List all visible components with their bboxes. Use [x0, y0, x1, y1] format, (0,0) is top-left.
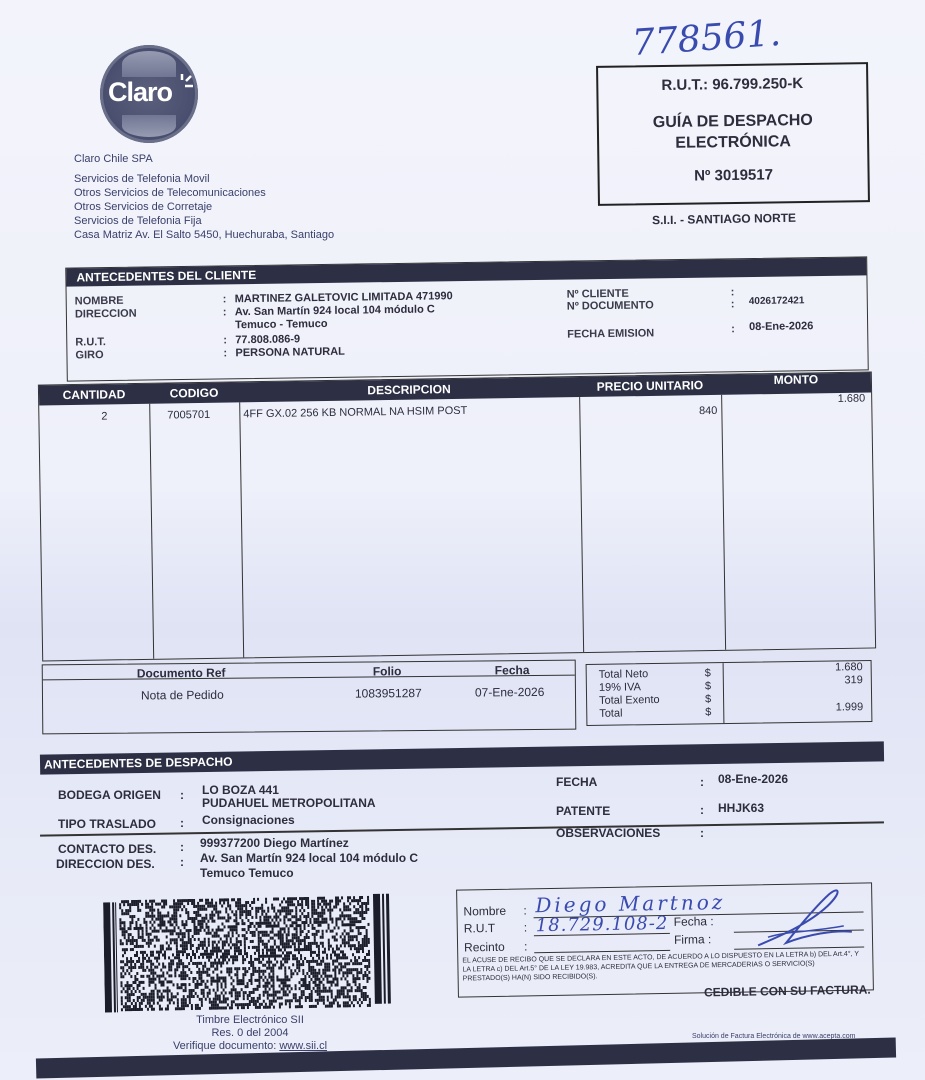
separator: :: [731, 323, 735, 335]
column-divider: [239, 402, 244, 657]
n-documento-label: Nº DOCUMENTO: [567, 299, 654, 312]
patente: HHJK63: [718, 801, 764, 815]
separator: :: [524, 920, 528, 934]
row-codigo: 7005701: [167, 409, 210, 422]
timbre-electronico: Timbre Electrónico SII Res. 0 del 2004 V…: [160, 1014, 340, 1053]
n-cliente-label: Nº CLIENTE: [567, 288, 629, 301]
claro-logo: Claro: [100, 45, 198, 143]
separator: :: [180, 788, 184, 802]
client-section: ANTECEDENTES DEL CLIENTE NOMBRE DIRECCIO…: [65, 256, 869, 381]
total-label: Total: [599, 707, 622, 719]
separator: :: [180, 816, 184, 830]
service-line: Servicios de Telefonia Fija: [74, 214, 334, 228]
totals-divider: [723, 663, 725, 723]
cedible-label: CEDIBLE CON SU FACTURA.: [704, 983, 871, 1000]
separator: :: [223, 347, 227, 359]
iva-value: 319: [844, 674, 863, 686]
logo-wordmark: Claro: [108, 77, 172, 108]
client-address-line1: Av. San Martín 924 local 104 módulo C: [235, 303, 435, 318]
company-services: Servicios de Telefonia Movil Otros Servi…: [74, 172, 334, 242]
service-line: Otros Servicios de Corretaje: [74, 200, 334, 214]
col-monto: MONTO: [721, 371, 871, 387]
row-descripcion: 4FF GX.02 256 KB NORMAL NA HSIM POST: [243, 405, 467, 421]
iva-label: 19% IVA: [599, 681, 641, 694]
currency-symbol: $: [705, 706, 711, 718]
client-giro: PERSONA NATURAL: [235, 346, 345, 360]
bodega-origen-line2: PUDAHUEL METROPOLITANA: [202, 796, 376, 810]
service-line: Otros Servicios de Telecomunicaciones: [74, 186, 334, 200]
separator: :: [731, 298, 735, 310]
sun-rays-icon: [176, 73, 194, 91]
document-id-box: R.U.T.: 96.799.250-K GUÍA DE DESPACHO EL…: [596, 62, 870, 206]
issuer-rut: R.U.T.: 96.799.250-K: [598, 74, 866, 95]
tipo-traslado-label: TIPO TRASLADO: [58, 817, 156, 831]
col-documento-ref: Documento Ref: [137, 666, 226, 681]
observaciones-label: OBSERVACIONES: [556, 826, 660, 840]
sii-link[interactable]: www.sii.cl: [279, 1040, 327, 1052]
totals-box: Total Neto 19% IVA Total Exento Total $ …: [586, 660, 873, 726]
separator: :: [700, 803, 704, 817]
col-codigo: CODIGO: [149, 385, 239, 400]
handwritten-number: 778561.: [631, 13, 782, 64]
separator: :: [223, 306, 227, 318]
timbre-resolution: Res. 0 del 2004: [160, 1027, 340, 1040]
total-neto-label: Total Neto: [599, 668, 649, 681]
col-cantidad: CANTIDAD: [39, 387, 149, 403]
total-value: 1.999: [836, 701, 864, 713]
handwritten-rut: 18.729.108-2: [536, 913, 669, 936]
n-documento: 4026172421: [749, 295, 805, 307]
reference-documents-table: Documento Ref Folio Fecha Nota de Pedido…: [42, 660, 577, 735]
separator: :: [700, 826, 704, 840]
contacto: 999377200 Diego Martínez: [200, 836, 349, 850]
direccion-des-label: DIRECCION DES.: [56, 857, 155, 871]
separator: :: [700, 775, 704, 789]
contacto-label: CONTACTO DES.: [58, 842, 156, 856]
direccion-des-line2: Temuco Temuco: [200, 866, 294, 880]
acuse-recinto-label: Recinto: [464, 940, 505, 955]
acuse-rut-label: R.U.T: [464, 921, 496, 936]
items-table: CANTIDAD CODIGO DESCRIPCION PRECIO UNITA…: [38, 371, 876, 661]
receipt-acknowledgement-box: Nombre R.U.T Recinto : : : Fecha : Firma…: [456, 882, 874, 997]
client-rut: 77.808.086-9: [235, 333, 300, 346]
column-divider: [721, 395, 726, 650]
timbre-title: Timbre Electrónico SII: [160, 1014, 340, 1027]
fecha-despacho: 08-Ene-2026: [718, 772, 788, 786]
column-divider: [149, 404, 154, 659]
client-section-title: ANTECEDENTES DEL CLIENTE: [66, 257, 866, 286]
company-address: Casa Matriz Av. El Salto 5450, Huechurab…: [74, 228, 334, 242]
nombre-label: NOMBRE: [75, 295, 124, 308]
logo-highlight: [122, 51, 176, 77]
col-precio-unitario: PRECIO UNITARIO: [579, 378, 721, 394]
signature-icon: [747, 886, 858, 950]
row-monto: 1.680: [721, 393, 865, 407]
separator: :: [223, 334, 227, 346]
direccion-label: DIRECCION: [75, 308, 137, 321]
logo-highlight: [122, 115, 176, 137]
service-line: Servicios de Telefonia Movil: [74, 172, 334, 186]
dispatch-section-title: ANTECEDENTES DE DESPACHO: [40, 741, 884, 774]
separator: :: [523, 903, 527, 917]
direccion-des-line1: Av. San Martín 924 local 104 módulo C: [200, 851, 418, 865]
rut-label: R.U.T.: [75, 336, 106, 348]
row-precio-unitario: 840: [579, 405, 717, 419]
bodega-origen-line1: LO BOZA 441: [202, 783, 279, 797]
currency-symbol: $: [705, 693, 711, 705]
legal-text: EL ACUSE DE RECIBO QUE SE DECLARA EN EST…: [462, 950, 862, 984]
acuse-nombre-label: Nombre: [463, 904, 506, 919]
company-name: Claro Chile SPA: [74, 152, 153, 166]
col-fecha: Fecha: [495, 663, 530, 677]
bodega-origen-label: BODEGA ORIGEN: [58, 788, 161, 802]
fecha-emision: 08-Ene-2026: [749, 320, 813, 333]
ref-fecha: 07-Ene-2026: [475, 685, 545, 700]
separator: :: [180, 840, 184, 854]
ref-folio: 1083951287: [355, 686, 422, 701]
fecha-despacho-label: FECHA: [556, 775, 597, 789]
pdf417-barcode: [103, 893, 397, 1014]
ref-documento: Nota de Pedido: [141, 688, 224, 703]
col-folio: Folio: [373, 664, 402, 678]
patente-label: PATENTE: [556, 804, 610, 818]
separator: :: [731, 286, 735, 298]
separator: :: [180, 855, 184, 869]
separator: :: [524, 939, 528, 953]
currency-symbol: $: [705, 680, 711, 692]
separator: :: [223, 293, 227, 305]
acuse-fecha-label: Fecha :: [674, 914, 714, 929]
fecha-emision-label: FECHA EMISION: [567, 327, 654, 340]
tipo-traslado: Consignaciones: [202, 813, 295, 827]
currency-symbol: $: [705, 667, 711, 679]
document-number: Nº 3019517: [599, 165, 867, 186]
row-cantidad: 2: [39, 410, 169, 424]
column-divider: [579, 397, 584, 652]
acuse-firma-label: Firma :: [674, 932, 712, 947]
document-title: GUÍA DE DESPACHO ELECTRÓNICA: [599, 109, 868, 155]
giro-label: GIRO: [75, 349, 103, 361]
col-descripcion: DESCRIPCION: [239, 380, 579, 399]
total-neto-value: 1.680: [835, 661, 863, 673]
divider: [40, 821, 884, 836]
sii-office: S.I.I. - SANTIAGO NORTE: [652, 211, 796, 228]
client-address-line2: Temuco - Temuco: [235, 318, 328, 331]
total-exento-label: Total Exento: [599, 694, 660, 707]
